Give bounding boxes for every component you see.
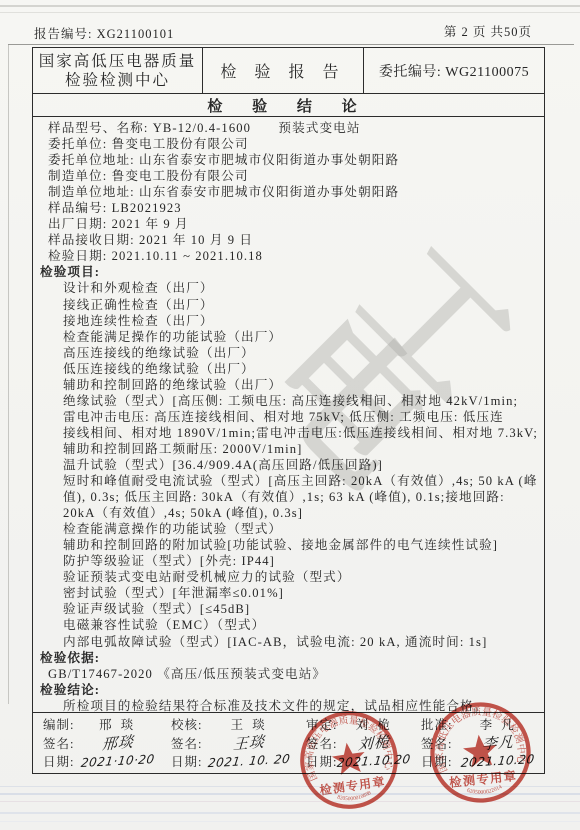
body-line: 高压连接线的绝缘试验（出厂） <box>39 345 538 361</box>
seal-serial: 6205000022014 <box>465 784 503 798</box>
handwritten-signature: 王琰 <box>233 731 266 755</box>
scan-streak <box>0 786 580 787</box>
body-line: 温升试验（型式）[36.4/909.4A(高压回路/低压回路)] <box>39 457 538 473</box>
signature-col-compiler: 编制: 邢 琰 签名: 邢琰 日期: 2021·10·20 <box>33 713 161 773</box>
body-line: 样品接收日期: 2021 年 10 月 9 日 <box>39 232 538 248</box>
body-line: 出厂日期: 2021 年 9 月 <box>39 216 538 232</box>
page-meta-row: 报告编号: XG21100101 第 2 页 共50页 <box>8 22 574 45</box>
handwritten-date: 2021.10.20 <box>461 752 536 770</box>
body-line: 样品编号: LB2021923 <box>39 200 538 216</box>
body-line: 防护等级验证（型式）[外壳: IP44] <box>39 553 538 569</box>
scan-streak <box>0 801 580 802</box>
body-line: 所检项目的检验结果符合标准及技术文件的规定，试品相应性能合格。 <box>39 698 538 712</box>
body-line: 电磁兼容性试验（EMC）（型式） <box>39 617 538 633</box>
body-line: 接地连续性检查（出厂） <box>39 313 538 329</box>
body-line: 雷电冲击电压: 高压连接线相间、相对地 75kV; 低压侧: 工频电压: 低压连 <box>39 409 538 425</box>
body-line: 验证预装式变电站耐受机械应力的试验（型式） <box>39 569 538 585</box>
body-line: 接线相间、相对地 1890V/1min;雷电冲击电压:低压连接线相间、相对地 7… <box>39 425 538 441</box>
body-line: 检验日期: 2021.10.11 ~ 2021.10.18 <box>39 248 538 264</box>
handwritten-signature: 刘桅 <box>358 731 391 755</box>
signature-block: 编制: 邢 琰 签名: 邢琰 日期: 2021·10·20 校核: 王 琰 签名… <box>33 712 544 773</box>
report-body: 样品型号、名称: YB-12/0.4-1600 预装式变电站委托单位: 鲁变电工… <box>33 117 544 712</box>
svg-text:6205000022014: 6205000022014 <box>465 784 503 798</box>
scan-page-edge <box>8 44 9 704</box>
body-line: 委托单位地址: 山东省泰安市肥城市仪阳街道办事处朝阳路 <box>39 152 538 168</box>
body-line: 检验依据: <box>39 650 538 666</box>
commission-number: 委托编号: WG21100075 <box>364 48 544 93</box>
handwritten-date: 2021·10·20 <box>80 752 155 770</box>
body-line: 辅助和控制回路的附加试验[功能试验、接地金属部件的电气连续性试验] <box>39 537 538 553</box>
signature-col-reviewer: 审定: 刘 桅 签名: 刘桅 日期: 2021.10.20 <box>296 713 411 773</box>
document-title: 检 验 报 告 <box>203 48 364 93</box>
handwritten-signature: 李凡 <box>482 731 515 755</box>
body-line: 辅助和控制回路的绝缘试验（出厂） <box>39 377 538 393</box>
body-line: 检查能满意操作的功能试验（型式） <box>39 521 538 537</box>
body-line: 检验项目: <box>39 264 538 280</box>
body-line: 短时和峰值耐受电流试验（型式）[高压主回路: 20kA（有效值）,4s; 50 … <box>39 473 538 489</box>
body-line: 样品型号、名称: YB-12/0.4-1600 预装式变电站 <box>39 120 538 136</box>
body-line: GB/T17467-2020 《高压/低压预装式变电站》 <box>39 666 538 682</box>
report-table: 国家高低压电器质量 检验检测中心 检 验 报 告 委托编号: WG2110007… <box>32 47 545 774</box>
scan-streak <box>0 793 580 795</box>
handwritten-date: 2021. 10. 20 <box>207 752 291 770</box>
scan-streak <box>0 821 580 822</box>
org-name: 国家高低压电器质量 检验检测中心 <box>33 48 203 93</box>
body-line: 制造单位地址: 山东省泰安市肥城市仪阳街道办事处朝阳路 <box>39 184 538 200</box>
body-line: 检验结论: <box>39 682 538 698</box>
body-line: 20kA（有效值）,4s; 50kA (峰值), 0.3s] <box>39 505 538 521</box>
section-title: 检 验 结 论 <box>33 94 544 117</box>
scan-streak <box>0 812 580 814</box>
scanned-report-page: 电 工 报告编号: XG21100101 第 2 页 共50页 国家高低压电器质… <box>0 0 580 830</box>
body-line: 绝缘试验（型式）[高压侧: 工频电压: 高压连接线相间、相对地 42kV/1mi… <box>39 393 538 409</box>
scan-streak <box>0 5 580 7</box>
handwritten-signature: 邢琰 <box>101 731 134 755</box>
body-line: 接线正确性检查（出厂） <box>39 297 538 313</box>
body-line: 制造单位: 鲁变电工股份有限公司 <box>39 168 538 184</box>
handwritten-date: 2021.10.20 <box>337 752 412 770</box>
body-line: 委托单位: 鲁变电工股份有限公司 <box>39 136 538 152</box>
signature-col-checker: 校核: 王 琰 签名: 王琰 日期: 2021. 10. 20 <box>161 713 296 773</box>
svg-text:8205000010888: 8205000010888 <box>336 790 374 805</box>
body-line: 检查能满足操作的功能试验（出厂） <box>39 329 538 345</box>
body-line: 值), 0.3s; 低压主回路: 30kA（有效值）,1s; 63 kA (峰值… <box>39 489 538 505</box>
seal-title: 检测专用章 <box>319 774 387 797</box>
body-line: 低压连接线的绝缘试验（出厂） <box>39 361 538 377</box>
body-line: 设计和外观检查（出厂） <box>39 280 538 296</box>
scan-streak <box>0 12 580 13</box>
report-header-row: 国家高低压电器质量 检验检测中心 检 验 报 告 委托编号: WG2110007… <box>33 48 544 94</box>
page-indicator: 第 2 页 共50页 <box>444 22 532 40</box>
report-number: 报告编号: XG21100101 <box>34 24 174 42</box>
seal-serial: 8205000010888 <box>336 790 374 805</box>
body-line: 辅助和控制回路工频耐压: 2000V/1min] <box>39 441 538 457</box>
body-line: 内部电弧故障试验（型式）[IAC-AB，试验电流: 20 kA, 通流时间: 1… <box>39 634 538 650</box>
body-line: 密封试验（型式）[年泄漏率≤0.01%] <box>39 585 538 601</box>
signature-col-approver: 批准: 李 凡 签名: 李凡 日期: 2021.10.20 <box>411 713 544 773</box>
body-line: 验证声级试验（型式）[≤45dB] <box>39 601 538 617</box>
